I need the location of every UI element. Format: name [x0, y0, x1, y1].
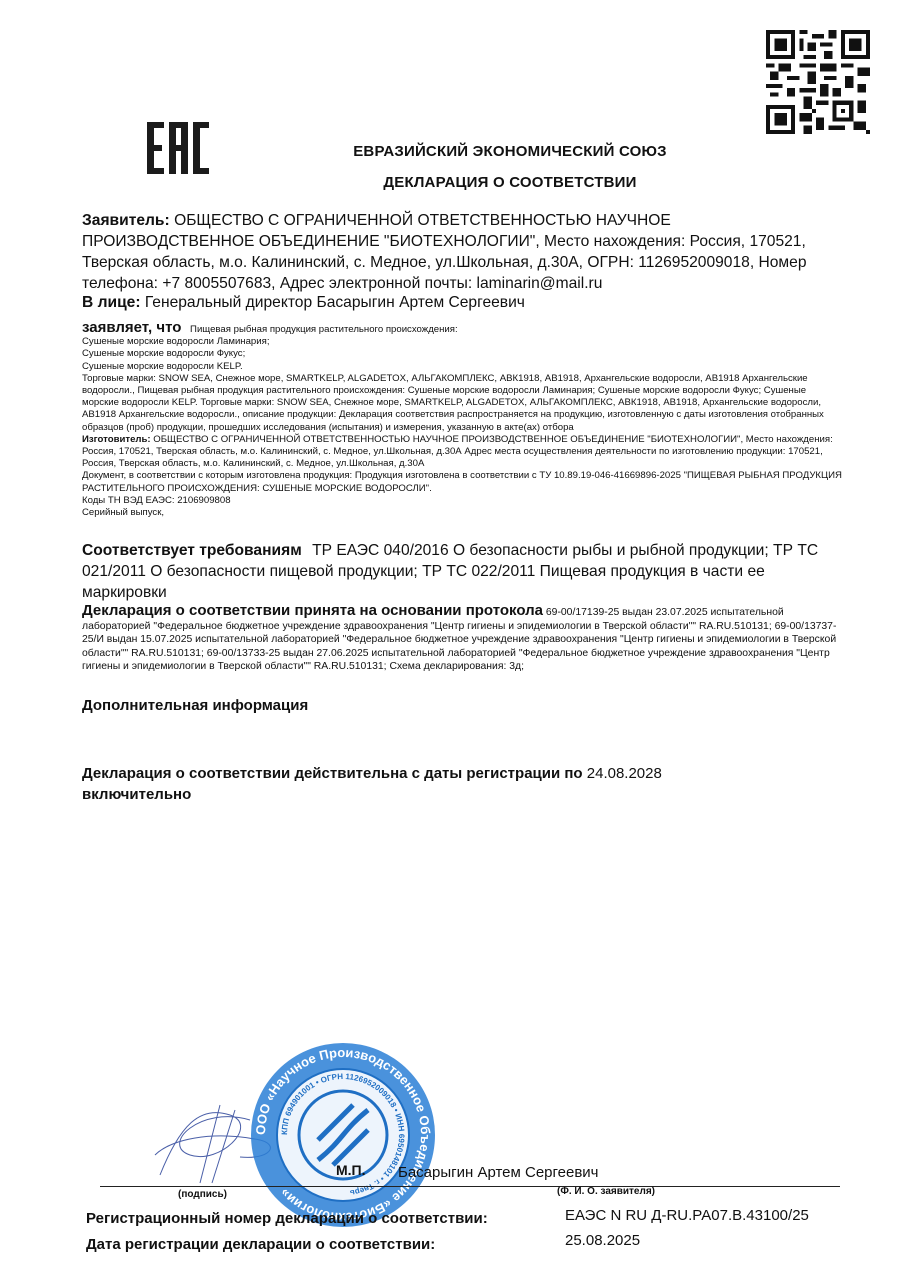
validity-block: Декларация о соответствии действительна …: [82, 763, 842, 805]
serial-release: Серийный выпуск,: [82, 507, 842, 519]
manufacturer-text: ОБЩЕСТВО С ОГРАНИЧЕННОЙ ОТВЕТСТВЕННОСТЬЮ…: [82, 434, 833, 469]
signature-caption: (подпись): [178, 1189, 227, 1200]
declares-label: заявляет, что: [82, 319, 181, 336]
company-stamp-icon: ООО «Научное Производственное Объединени…: [248, 1040, 438, 1230]
production-document: Документ, в соответствии с которым изгот…: [82, 470, 842, 494]
basis-label: Декларация о соответствии принята на осн…: [82, 602, 543, 619]
document-title: ДЕКЛАРАЦИЯ О СООТВЕТСТВИИ: [120, 174, 900, 191]
signer-name: Басарыгин Артем Сергеевич: [398, 1164, 599, 1181]
represented-by-text: Генеральный директор Басарыгин Артем Сер…: [145, 294, 525, 311]
applicant-label: Заявитель:: [82, 212, 170, 229]
declares-block: заявляет, что Пищевая рыбная продукция р…: [82, 322, 842, 519]
product-description: Торговые марки: SNOW SEA, Снежное море, …: [82, 373, 842, 434]
declares-intro: Пищевая рыбная продукция растительного п…: [190, 324, 458, 335]
product-line: Сушеные морские водоросли KELP.: [82, 361, 842, 373]
registration-number-label: Регистрационный номер декларации о соотв…: [86, 1210, 488, 1227]
manufacturer-label: Изготовитель:: [82, 434, 151, 445]
applicant-text: ОБЩЕСТВО С ОГРАНИЧЕННОЙ ОТВЕТСТВЕННОСТЬЮ…: [82, 212, 807, 292]
union-title: ЕВРАЗИЙСКИЙ ЭКОНОМИЧЕСКИЙ СОЮЗ: [120, 143, 900, 160]
qr-code-icon: [766, 30, 870, 134]
validity-date: 24.08.2028: [587, 765, 662, 782]
declares-header: заявляет, что Пищевая рыбная продукция р…: [82, 322, 842, 336]
basis-block: Декларация о соответствии принята на осн…: [82, 604, 842, 674]
name-caption: (Ф. И. О. заявителя): [557, 1186, 655, 1197]
complies-label: Соответствует требованиям: [82, 542, 302, 559]
hs-codes: Коды ТН ВЭД ЕАЭС: 2106909808: [82, 495, 842, 507]
product-line: Сушеные морские водоросли Ламинария;: [82, 336, 842, 348]
validity-label: Декларация о соответствии действительна …: [82, 765, 583, 782]
product-line: Сушеные морские водоросли Фукус;: [82, 348, 842, 360]
mp-label: М.П.: [336, 1162, 366, 1178]
applicant-block: Заявитель: ОБЩЕСТВО С ОГРАНИЧЕННОЙ ОТВЕТ…: [82, 210, 842, 294]
signature-line: [100, 1186, 840, 1187]
registration-number: ЕАЭС N RU Д-RU.РА07.В.43100/25: [565, 1207, 809, 1224]
validity-suffix: включительно: [82, 786, 191, 803]
represented-by-label: В лице:: [82, 294, 141, 311]
additional-info-label: Дополнительная информация: [82, 695, 842, 716]
registration-date-label: Дата регистрации декларации о соответств…: [86, 1236, 435, 1253]
represented-by-block: В лице: Генеральный директор Басарыгин А…: [82, 292, 842, 313]
complies-block: Соответствует требованиям ТР ЕАЭС 040/20…: [82, 540, 842, 603]
manufacturer: Изготовитель: ОБЩЕСТВО С ОГРАНИЧЕННОЙ ОТ…: [82, 434, 842, 471]
registration-date: 25.08.2025: [565, 1232, 640, 1249]
